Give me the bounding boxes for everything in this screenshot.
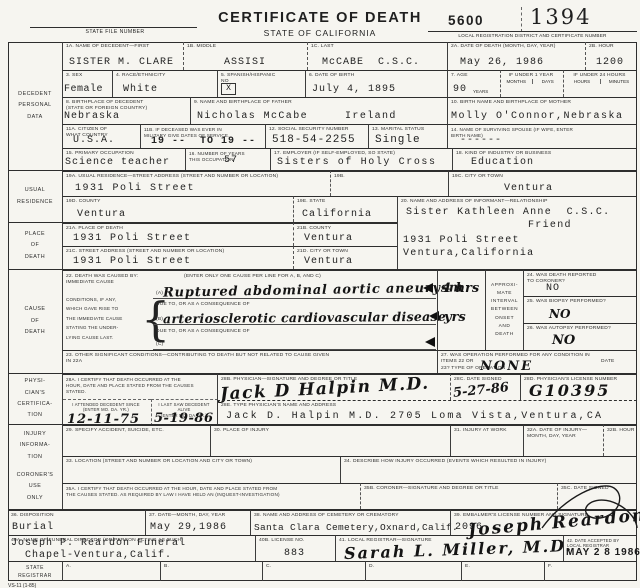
field-21d-city: 21D. CITY OR TOWNVentura [293, 246, 397, 269]
field-15-occupation: 15. PRIMARY OCCUPATIONScience teacher [62, 148, 185, 170]
field-28c-date-signed: 28C. DATE SIGNED 5-27-86 [450, 373, 520, 400]
field-32a-date-of-injury: 32A. DATE OF INJURY—MONTH, DAY, YEAR [523, 424, 603, 456]
section-injury-coroner: INJURY INFORMA- TION CORONER'S USE ONLY [8, 424, 62, 509]
section-place-of-death: PLACE OF DEATH [8, 222, 62, 269]
section-injury-information: INJURY INFORMA- TION [8, 425, 62, 467]
date-accepted-stamp: MAY 2 8 1986 [566, 547, 640, 558]
field-24-reported-to-coroner: 24. WAS DEATH REPORTED TO CORONER? NO [523, 269, 637, 296]
field-33-location: 33. LOCATION (STREET AND NUMBER OR LOCAT… [62, 456, 340, 483]
field-last-saw-alive: I LAST SAW DECEDENT ALIVE (ENTER MO. DA.… [151, 399, 218, 426]
field-5-spanish-hispanic: 5. SPANISH/HISPANIC NO X [217, 70, 305, 97]
certificate-title: CERTIFICATE OF DEATH [205, 10, 435, 26]
form-number: VS-11 (1-85) [8, 583, 36, 588]
field-42-date-accepted: 42. DATE ACCEPTED BY LOCAL REGISTRAR MAY… [563, 535, 637, 561]
field-20-informant: 20. NAME AND ADDRESS OF INFORMANT—RELATI… [397, 196, 637, 269]
local-registration-label: LOCAL REGISTRATION DISTRICT AND CERTIFIC… [428, 33, 637, 38]
field-41-local-registrar: 41. LOCAL REGISTRAR—SIGNATURE Sarah L. M… [335, 535, 563, 561]
registration-district-number: 5600 [448, 13, 484, 28]
arrow-marker-c [425, 337, 435, 347]
registrar-col-e: E. [461, 561, 544, 581]
field-19b: 19B. [330, 170, 448, 196]
field-28a-certification: 28A. I CERTIFY THAT DEATH OCCURRED AT TH… [62, 373, 217, 424]
field-14-surviving-spouse: 14. NAME OF SURVIVING SPOUSE (IF WIFE, E… [447, 124, 637, 148]
header-divider [521, 7, 522, 32]
local-registration-line [428, 31, 637, 32]
field-21a-place-of-death: 21A. PLACE OF DEATH1931 Poli Street [62, 222, 293, 246]
registrar-col-a: A. [62, 561, 160, 581]
field-40b-license-no: 40B. LICENSE NO. 883 [255, 535, 335, 561]
field-4-race: 4. RACE/ETHNICITYWhite [112, 70, 217, 97]
field-16-years-occupation: 16. NUMBER OF YEARS THIS OCCUPATION 57 [185, 148, 270, 170]
cause-line-c: (C) [153, 332, 436, 350]
field-11b-military: 11B. IF DECEASED WAS EVER IN MILITARY GI… [140, 124, 265, 148]
field-3-sex: 3. SEXFemale [62, 70, 112, 97]
approximate-interval-label: APPROXI- MATE INTERVAL BETWEEN ONSET AND… [485, 269, 523, 350]
minutes-label: MINUTES [601, 79, 637, 84]
field-40a-funeral-director: 40A. NAME OF FUNERAL DIRECTOR (OR PERSON… [8, 535, 255, 561]
state-file-number-line [30, 27, 197, 28]
certificate-subtitle: STATE OF CALIFORNIA [245, 28, 395, 38]
registrar-col-b: B. [160, 561, 262, 581]
field-35b-coroner-signature: 35B. CORONER—SIGNATURE AND DEGREE OR TIT… [360, 483, 557, 509]
field-19c-city: 19C. CITY OR TOWNVentura [448, 170, 637, 196]
field-21c-street: 21C. STREET ADDRESS (STREET AND NUMBER O… [62, 246, 293, 269]
registrar-col-c: C. [262, 561, 365, 581]
field-31-injury-at-work: 31. INJURY AT WORK [450, 424, 523, 456]
field-8-birthplace: 8. BIRTHPLACE OF DECEDENT (STATE OR FORE… [62, 97, 190, 124]
field-26-autopsy: 26. WAS AUTOPSY PERFORMED? NO [523, 323, 637, 350]
field-6-date-of-birth: 6. DATE OF BIRTHJuly 4, 1895 [305, 70, 447, 97]
field-28b-physician-signature: 28B. PHYSICIAN—SIGNATURE AND DEGREE OR T… [217, 373, 450, 400]
arrow-marker-a [423, 283, 433, 293]
field-13-marital-status: 13. MARITAL STATUSSingle [368, 124, 447, 148]
field-attended-since: I ATTENDED DECEDENT SINCE (ENTER MO. DA.… [63, 399, 151, 427]
field-1b-name-middle: 1B. MIDDLEASSISI [183, 42, 307, 70]
field-17-employer: 17. EMPLOYER (IF SELF-EMPLOYED, SO STATE… [270, 148, 452, 170]
registrar-col-f: F. [544, 561, 637, 581]
months-label: MONTHS [501, 79, 533, 84]
age-unit-label: YEARS [473, 89, 488, 94]
field-35a-coroner-certification: 35A. I CERTIFY THAT DEATH OCCURRED AT TH… [62, 483, 360, 509]
field-12-ssn: 12. SOCIAL SECURITY NUMBER518-54-2255 [265, 124, 368, 148]
days-label: DAYS [533, 79, 564, 84]
field-21b-county: 21B. COUNTYVentura [293, 222, 397, 246]
field-18-industry: 18. KIND OF INDUSTRY OR BUSINESSEducatio… [452, 148, 637, 170]
hours-label: HOURS [564, 79, 601, 84]
state-file-number-label: STATE FILE NUMBER [40, 29, 190, 35]
field-29-accident-suicide: 29. SPECIFY ACCIDENT, SUICIDE, ETC. [62, 424, 210, 456]
field-10-mother: 10. BIRTH NAME AND BIRTHPLACE OF MOTHERM… [447, 97, 637, 124]
field-37-disposition-date: 37. DATE—MONTH, DAY, YEARMay 29,1986 [145, 509, 250, 535]
field-28d-license-number: 28D. PHYSICIAN'S LICENSE NUMBER G10395 [520, 373, 637, 400]
section-coroner-use-only: CORONER'S USE ONLY [8, 467, 62, 507]
field-36-disposition: 36. DISPOSITIONBurial [8, 509, 145, 535]
field-9-father: 9. NAME AND BIRTHPLACE OF FATHERNicholas… [190, 97, 447, 124]
field-7-age: 7. AGE 90 YEARS [447, 70, 500, 97]
field-25-biopsy: 25. WAS BIOPSY PERFORMED? NO [523, 296, 637, 323]
checkbox-x: X [221, 83, 236, 95]
field-11a-citizen: 11A. CITIZEN OF WHAT COUNTRYU.S.A. [62, 124, 140, 148]
field-22-cause-of-death: 22. DEATH WAS CAUSED BY: (ENTER ONLY ONE… [62, 269, 437, 350]
cause-line-b: (B) arteriosclerotic cardiovascular dise… [153, 306, 436, 325]
field-7-if-under-24-hours: IF UNDER 24 HOURS HOURS MINUTES [563, 70, 637, 97]
field-22-interval-values: 4 hrs yrs [437, 269, 485, 350]
cause-line-a: (A) Ruptured abdominal aortic aneurysm [153, 279, 436, 299]
field-23-other-conditions: 23. OTHER SIGNIFICANT CONDITIONS—CONTRIB… [62, 350, 437, 373]
section-cause-of-death: CAUSE OF DEATH [8, 269, 62, 373]
field-32b-hour: 32B. HOUR [603, 424, 637, 456]
section-decedent-personal-data: DECEDENT PERSONAL DATA [8, 42, 62, 170]
death-certificate-page: STATE FILE NUMBER CERTIFICATE OF DEATH S… [0, 0, 640, 588]
field-28e-physician-name-address: 28E. TYPE PHYSICIAN'S NAME AND ADDRESS J… [217, 400, 637, 424]
field-27-operation: 27. WAS OPERATION PERFORMED FOR ANY COND… [437, 350, 637, 373]
field-2b-hour: 2B. HOUR1200 [585, 42, 637, 70]
field-19d-county: 19D. COUNTYVentura [62, 196, 293, 222]
field-1c-name-last: 1C. LASTMcCABE C.S.C. [307, 42, 447, 70]
section-physician-certification: PHYSI- CIAN'S CERTIFICA- TION [8, 373, 62, 424]
section-state-registrar: STATE REGISTRAR [8, 561, 62, 581]
field-2a-date-of-death: 2A. DATE OF DEATH (MONTH, DAY, YEAR)May … [447, 42, 585, 70]
field-19e-state: 19E. STATECalifornia [293, 196, 397, 222]
field-38-cemetery: 38. NAME AND ADDRESS OF CEMETERY OR CREM… [250, 509, 450, 535]
embalmer-signature-flourish [540, 478, 640, 530]
registrar-col-d: D. [365, 561, 461, 581]
field-19a-residence-street: 19A. USUAL RESIDENCE—STREET ADDRESS (STR… [62, 170, 330, 196]
field-7-if-under-1-year: IF UNDER 1 YEAR MONTHS DAYS [500, 70, 563, 97]
field-30-place-of-injury: 30. PLACE OF INJURY [210, 424, 450, 456]
certificate-number: 1394 [530, 5, 591, 29]
field-1a-name-first: 1A. NAME OF DECEDENT—FIRSTSISTER M. CLAR… [62, 42, 183, 70]
section-usual-residence: USUAL RESIDENCE [8, 170, 62, 222]
